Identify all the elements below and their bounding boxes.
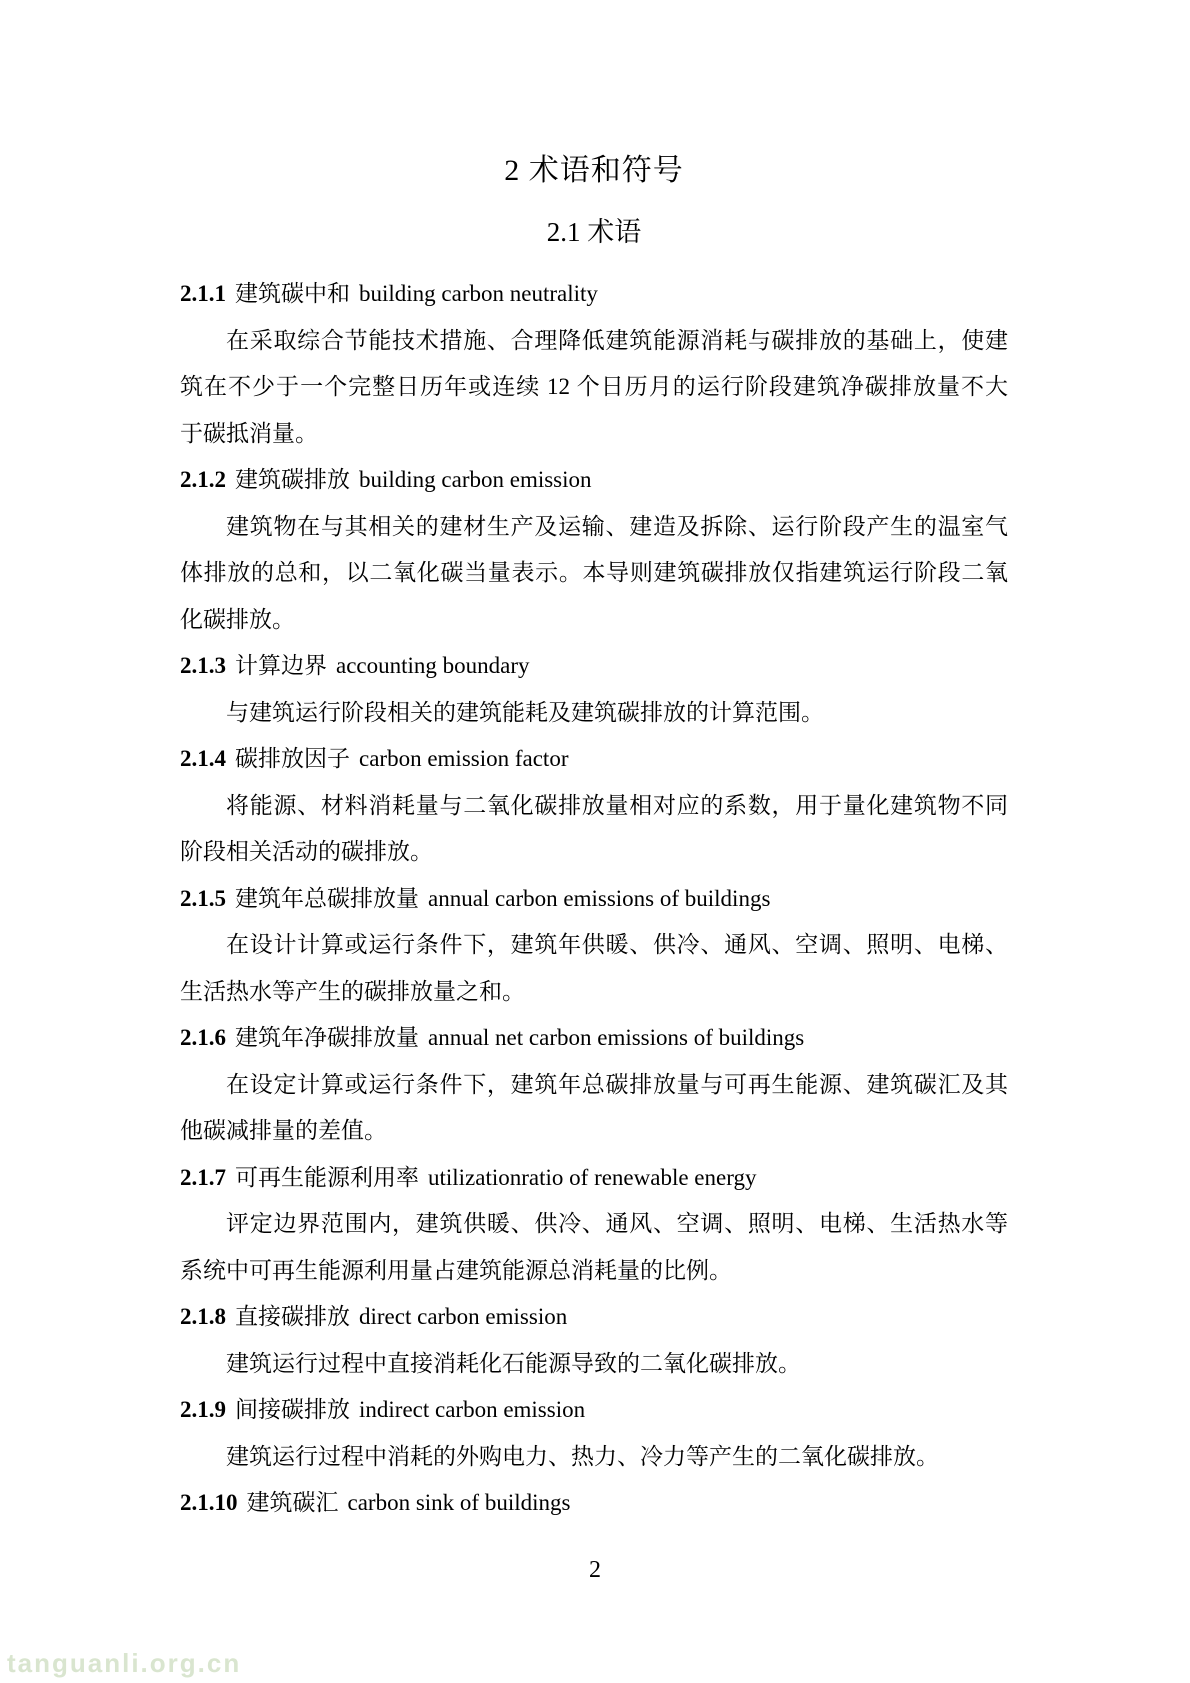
page-title: 2 术语和符号 xyxy=(180,150,1008,192)
term-heading: 2.1.8直接碳排放direct carbon emission xyxy=(180,1294,1008,1341)
section-title: 2.1 术语 xyxy=(180,212,1008,252)
term-name-en: building carbon neutrality xyxy=(359,281,598,306)
definition-line: 化碳排放。 xyxy=(180,597,1008,644)
term-number: 2.1.10 xyxy=(180,1490,238,1515)
definition-line: 生活热水等产生的碳排放量之和。 xyxy=(180,969,1008,1016)
term-name-zh: 建筑年净碳排放量 xyxy=(235,1025,419,1050)
definition-line: 于碳抵消量。 xyxy=(180,411,1008,458)
term-name-zh: 建筑碳汇 xyxy=(247,1490,339,1515)
term-name-zh: 直接碳排放 xyxy=(235,1304,350,1329)
term-number: 2.1.8 xyxy=(180,1304,226,1329)
term-name-zh: 建筑年总碳排放量 xyxy=(235,886,419,911)
term-entry-2-1-9: 2.1.9间接碳排放indirect carbon emission 建筑运行过… xyxy=(180,1387,1008,1480)
page-number: 2 xyxy=(0,1558,1190,1582)
definition-line: 在设计计算或运行条件下，建筑年供暖、供冷、通风、空调、照明、电梯、 xyxy=(180,922,1008,969)
definition-line: 建筑运行过程中直接消耗化石能源导致的二氧化碳排放。 xyxy=(180,1341,1008,1388)
term-entry-2-1-10: 2.1.10建筑碳汇carbon sink of buildings xyxy=(180,1480,1008,1527)
term-heading: 2.1.7可再生能源利用率utilizationratio of renewab… xyxy=(180,1155,1008,1202)
term-number: 2.1.7 xyxy=(180,1165,226,1190)
term-name-en: accounting boundary xyxy=(336,653,530,678)
definition-line: 将能源、材料消耗量与二氧化碳排放量相对应的系数，用于量化建筑物不同 xyxy=(180,783,1008,830)
definition-line: 建筑运行过程中消耗的外购电力、热力、冷力等产生的二氧化碳排放。 xyxy=(180,1434,1008,1481)
term-name-zh: 碳排放因子 xyxy=(235,746,350,771)
term-name-zh: 间接碳排放 xyxy=(235,1397,350,1422)
term-name-en: utilizationratio of renewable energy xyxy=(428,1165,756,1190)
term-heading: 2.1.6建筑年净碳排放量annual net carbon emissions… xyxy=(180,1015,1008,1062)
term-name-zh: 建筑碳排放 xyxy=(235,467,350,492)
watermark: tanguanli.org.cn xyxy=(7,1648,241,1678)
term-number: 2.1.1 xyxy=(180,281,226,306)
term-name-en: annual carbon emissions of buildings xyxy=(428,886,770,911)
term-entry-2-1-7: 2.1.7可再生能源利用率utilizationratio of renewab… xyxy=(180,1155,1008,1295)
term-name-zh: 建筑碳中和 xyxy=(235,281,350,306)
term-number: 2.1.6 xyxy=(180,1025,226,1050)
definition-line: 在采取综合节能技术措施、合理降低建筑能源消耗与碳排放的基础上，使建 xyxy=(180,318,1008,365)
term-entry-2-1-4: 2.1.4碳排放因子carbon emission factor 将能源、材料消… xyxy=(180,736,1008,876)
term-heading: 2.1.2建筑碳排放building carbon emission xyxy=(180,457,1008,504)
term-number: 2.1.2 xyxy=(180,467,226,492)
term-number: 2.1.3 xyxy=(180,653,226,678)
definition-line: 筑在不少于一个完整日历年或连续 12 个日历月的运行阶段建筑净碳排放量不大 xyxy=(180,364,1008,411)
term-entry-2-1-5: 2.1.5建筑年总碳排放量annual carbon emissions of … xyxy=(180,876,1008,1016)
term-heading: 2.1.10建筑碳汇carbon sink of buildings xyxy=(180,1480,1008,1527)
definition-line: 他碳减排量的差值。 xyxy=(180,1108,1008,1155)
term-heading: 2.1.9间接碳排放indirect carbon emission xyxy=(180,1387,1008,1434)
term-number: 2.1.9 xyxy=(180,1397,226,1422)
definition-line: 体排放的总和，以二氧化碳当量表示。本导则建筑碳排放仅指建筑运行阶段二氧 xyxy=(180,550,1008,597)
definition-line: 评定边界范围内，建筑供暖、供冷、通风、空调、照明、电梯、生活热水等 xyxy=(180,1201,1008,1248)
term-name-en: direct carbon emission xyxy=(359,1304,567,1329)
term-name-en: annual net carbon emissions of buildings xyxy=(428,1025,804,1050)
term-name-zh: 计算边界 xyxy=(235,653,327,678)
term-heading: 2.1.1建筑碳中和building carbon neutrality xyxy=(180,271,1008,318)
term-heading: 2.1.5建筑年总碳排放量annual carbon emissions of … xyxy=(180,876,1008,923)
definition-line: 在设定计算或运行条件下，建筑年总碳排放量与可再生能源、建筑碳汇及其 xyxy=(180,1062,1008,1109)
definition-line: 建筑物在与其相关的建材生产及运输、建造及拆除、运行阶段产生的温室气 xyxy=(180,504,1008,551)
term-entry-2-1-8: 2.1.8直接碳排放direct carbon emission 建筑运行过程中… xyxy=(180,1294,1008,1387)
term-name-en: building carbon emission xyxy=(359,467,592,492)
term-entry-2-1-1: 2.1.1建筑碳中和building carbon neutrality 在采取… xyxy=(180,271,1008,457)
term-name-zh: 可再生能源利用率 xyxy=(235,1165,419,1190)
term-name-en: carbon sink of buildings xyxy=(348,1490,571,1515)
definition-line: 阶段相关活动的碳排放。 xyxy=(180,829,1008,876)
document-page: 2 术语和符号 2.1 术语 2.1.1建筑碳中和building carbon… xyxy=(0,0,1190,1683)
terms-list: 2.1.1建筑碳中和building carbon neutrality 在采取… xyxy=(180,271,1008,1527)
term-heading: 2.1.3计算边界accounting boundary xyxy=(180,643,1008,690)
term-entry-2-1-3: 2.1.3计算边界accounting boundary 与建筑运行阶段相关的建… xyxy=(180,643,1008,736)
definition-line: 与建筑运行阶段相关的建筑能耗及建筑碳排放的计算范围。 xyxy=(180,690,1008,737)
definition-line: 系统中可再生能源利用量占建筑能源总消耗量的比例。 xyxy=(180,1248,1008,1295)
term-number: 2.1.4 xyxy=(180,746,226,771)
term-name-en: carbon emission factor xyxy=(359,746,568,771)
term-number: 2.1.5 xyxy=(180,886,226,911)
term-entry-2-1-2: 2.1.2建筑碳排放building carbon emission 建筑物在与… xyxy=(180,457,1008,643)
term-name-en: indirect carbon emission xyxy=(359,1397,585,1422)
term-heading: 2.1.4碳排放因子carbon emission factor xyxy=(180,736,1008,783)
term-entry-2-1-6: 2.1.6建筑年净碳排放量annual net carbon emissions… xyxy=(180,1015,1008,1155)
